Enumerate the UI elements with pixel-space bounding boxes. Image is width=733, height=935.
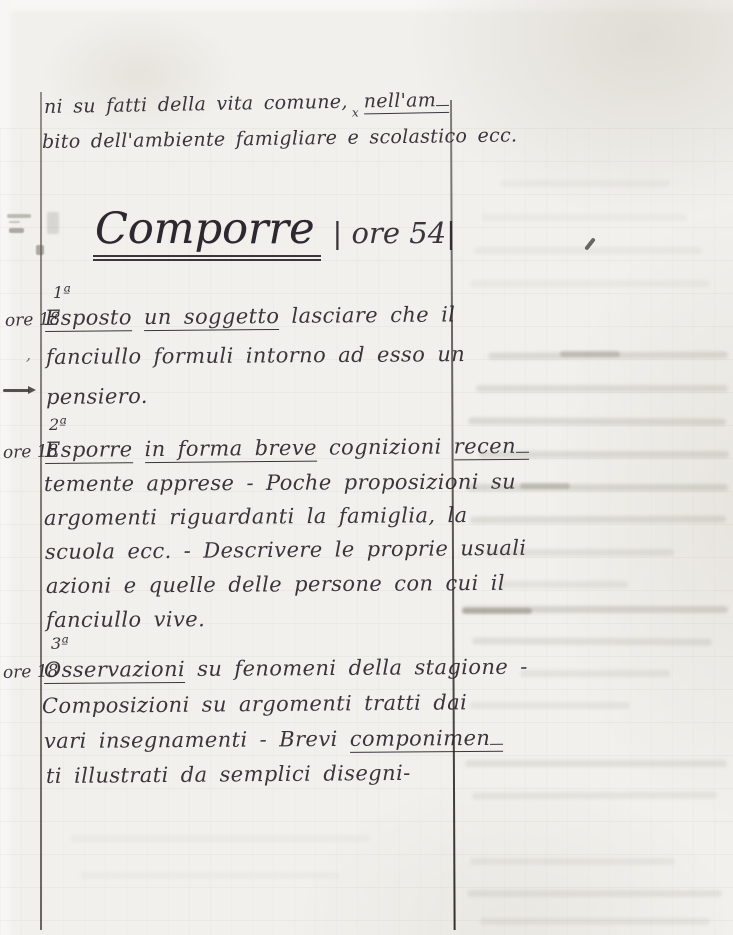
underlined-word: in forma breve — [144, 436, 317, 464]
underlined-word: Esporre — [45, 437, 133, 464]
text-segment — [132, 437, 144, 461]
margin-tick: , — [26, 345, 31, 364]
text-segment: lasciare che il — [279, 302, 455, 328]
ink-transfer-smudge — [47, 212, 59, 234]
scanned-notebook-page: ni su fatti della vita comune,xnell'am b… — [0, 0, 733, 935]
bleed-through-line — [466, 484, 728, 491]
handwritten-line: fanciullo vive. — [46, 607, 205, 632]
text-segment — [132, 305, 144, 329]
handwritten-line: Esposto un soggetto lasciare che il — [45, 302, 456, 330]
bleed-through-line — [560, 351, 620, 357]
text-segment: vari insegnamenti - Brevi — [44, 727, 350, 753]
bleed-through-line — [500, 180, 670, 187]
section-number: 2ª — [49, 415, 67, 434]
text-segment: temente apprese - Poche proposizioni su — [44, 470, 516, 496]
bleed-through-line — [472, 791, 717, 799]
text-segment: cognizioni — [317, 434, 454, 459]
handwritten-line: Composizioni su argomenti tratti dai — [42, 690, 467, 718]
bleed-through-line — [472, 637, 712, 645]
handwritten-line: Osservazioni su fenomeni della stagione … — [44, 655, 528, 682]
bleed-through-line — [468, 417, 726, 425]
underlined-word: Esposto — [45, 305, 132, 332]
bleed-through-line — [470, 516, 726, 524]
text-segment: azioni e quelle delle persone con cui il — [46, 571, 505, 598]
pencil-smudge — [9, 228, 24, 233]
bleed-through-line — [467, 890, 722, 897]
insertion-caret-x: x — [352, 106, 359, 120]
text-segment: pensiero. — [46, 384, 148, 409]
hyphenated-word-start: componimen — [350, 726, 504, 753]
handwritten-line: ti illustrati da semplici disegni- — [46, 761, 411, 788]
handwritten-line: Esporre in forma breve cognizioni recen — [45, 434, 529, 462]
handwritten-line: fanciullo formuli intorno ad esso un — [46, 342, 465, 369]
bleed-through-line — [470, 702, 630, 709]
bleed-through-line — [484, 549, 674, 556]
title-word: Comporre — [93, 204, 321, 261]
title-hours: | ore 54| — [333, 216, 456, 250]
text-segment: fanciullo vive. — [46, 607, 205, 632]
margin-arrow-mark — [3, 389, 29, 392]
underlined-word: un soggetto — [144, 304, 280, 331]
bleed-through-line — [498, 581, 628, 588]
text-segment: fanciullo formuli intorno ad esso un — [46, 342, 465, 369]
handwritten-line: vari insegnamenti - Brevi componimen — [44, 726, 503, 753]
bleed-through-line — [479, 451, 729, 458]
bleed-through-line — [470, 858, 675, 865]
bleed-through-line — [470, 280, 710, 287]
text-segment: Composizioni su argomenti tratti dai — [42, 690, 467, 718]
bleed-through-line — [520, 483, 570, 489]
text-segment: ti illustrati da semplici disegni- — [46, 761, 411, 788]
text-segment: scuola ecc. - Descrivere le proprie usua… — [45, 536, 527, 564]
underlined-word: Osservazioni — [44, 657, 185, 684]
continuation-text: nell'am — [364, 89, 450, 114]
pencil-smudge — [9, 221, 20, 223]
bleed-through-line — [70, 835, 370, 842]
handwritten-line: azioni e quelle delle persone con cui il — [46, 571, 505, 598]
bleed-through-line — [462, 608, 532, 614]
continuation-text: ni su fatti della vita comune, — [44, 91, 348, 118]
margin-rule-line — [40, 92, 42, 930]
ink-blot — [36, 245, 44, 255]
bleed-through-line — [520, 670, 670, 677]
handwritten-line: pensiero. — [46, 384, 148, 409]
bleed-through-line — [480, 918, 710, 925]
text-segment: argomenti riguardanti la famiglia, la — [44, 503, 468, 530]
bleed-through-line — [474, 247, 702, 254]
text-segment: su fenomeni della stagione - — [185, 655, 528, 681]
bleed-through-line — [80, 872, 340, 879]
handwritten-line: temente apprese - Poche proposizioni su — [44, 470, 516, 496]
bleed-through-line — [476, 385, 728, 392]
pencil-smudge — [7, 214, 31, 218]
section-number: 3ª — [51, 634, 69, 653]
bleed-through-line — [465, 760, 727, 767]
handwritten-line: ni su fatti della vita comune,xnell'am — [44, 89, 449, 118]
handwritten-line: scuola ecc. - Descrivere le proprie usua… — [45, 536, 527, 564]
section-number: 1ª — [53, 283, 71, 302]
bleed-through-line — [482, 214, 687, 221]
section-title: Comporre| ore 54| — [93, 204, 456, 254]
handwritten-line: argomenti riguardanti la famiglia, la — [44, 503, 468, 530]
